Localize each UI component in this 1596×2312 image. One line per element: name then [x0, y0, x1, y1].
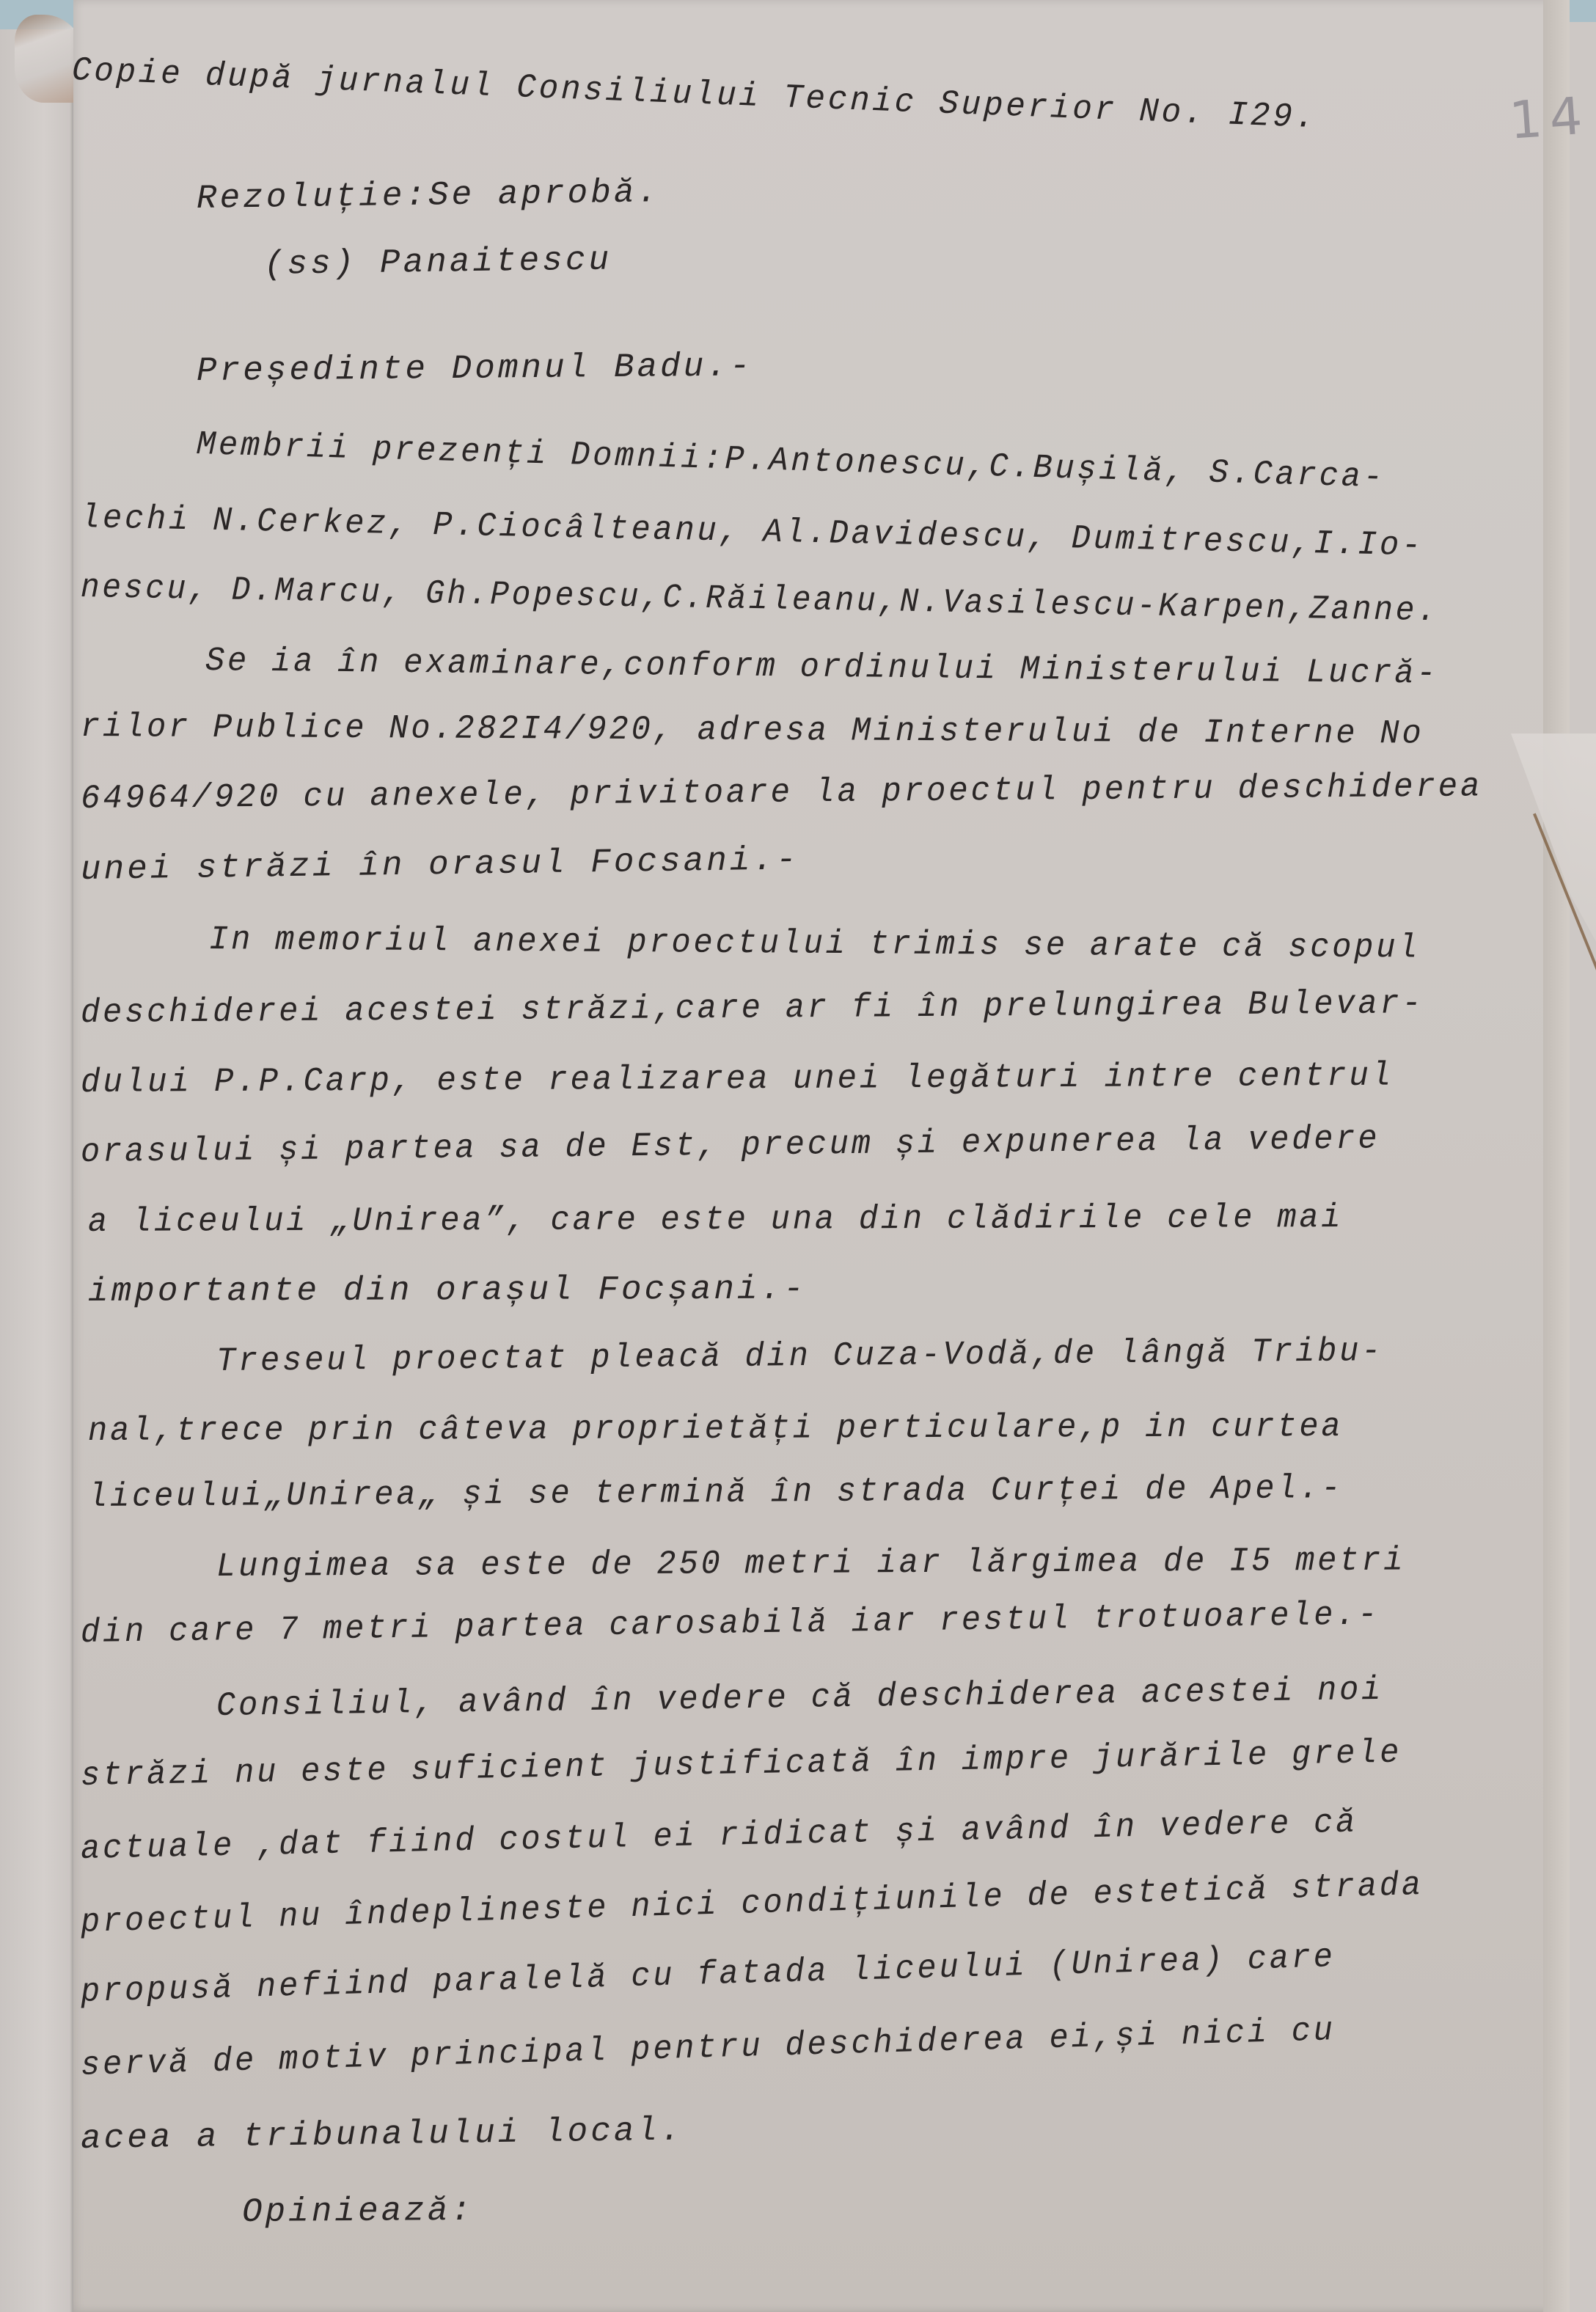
paragraph-5-line-2: străzi nu este suficient justificată în …: [81, 1734, 1402, 1795]
paragraph-5-line-7: acea a tribunalului local.: [81, 2112, 684, 2158]
typewritten-page: 14 Copie după jurnalul Consiliului Tecni…: [73, 0, 1570, 2312]
paragraph-2-line-4: orasului și partea sa de Est, precum și …: [81, 1119, 1380, 1171]
paragraph-2-line-1: In memoriul anexei proectului trimis se …: [209, 921, 1421, 967]
paragraph-4-line-1: Lungimea sa este de 250 metri iar lărgim…: [216, 1542, 1406, 1586]
paragraph-1-line-3: 64964/920 cu anexele, privitoare la proe…: [81, 767, 1483, 818]
paragraph-2-line-6: importante din orașul Focșani.-: [88, 1270, 807, 1311]
paragraph-3-line-3: liceului„Unirea„ și se termină în strada…: [88, 1469, 1344, 1516]
members-line-1: Membrii prezenți Domnii:P.Antonescu,C.Bu…: [196, 425, 1385, 497]
members-line-2: lechi N.Cerkez, P.Ciocâlteanu, Al.Davide…: [80, 499, 1424, 565]
signature-text: (ss) Panaitescu: [264, 241, 612, 284]
paragraph-5-line-6: servă de motiv principal pentru deschide…: [80, 2011, 1336, 2085]
handwritten-folio-number: 14: [1507, 85, 1592, 150]
paragraph-1-line-1: Se ia în examinare,conform ordinului Min…: [205, 642, 1439, 693]
paragraph-2-line-3: dului P.P.Carp, este realizarea unei leg…: [81, 1057, 1394, 1102]
closing-opinion-heading: Opiniează:: [242, 2192, 474, 2231]
paragraph-2-line-5: a liceului „Unirea”, care este una din c…: [88, 1199, 1344, 1241]
paragraph-1-line-4: unei străzi în orasul Focsani.-: [81, 841, 799, 889]
resolution-text: Rezoluție:Se aprobă.: [197, 173, 661, 218]
paragraph-4-line-2: din care 7 metri partea carosabilă iar r…: [81, 1595, 1380, 1652]
document-header: Copie după jurnalul Consiliului Tecnic S…: [71, 51, 1318, 137]
president-line: Președinte Domnul Badu.-: [197, 347, 753, 390]
paragraph-5-line-3: actuale ,dat fiind costul ei ridicat și …: [80, 1804, 1358, 1868]
paragraph-1-line-2: rilor Publice No.282I4/920, adresa Minis…: [81, 708, 1424, 753]
members-line-3: nescu, D.Marcu, Gh.Popescu,C.Răileanu,N.…: [81, 568, 1439, 630]
page-edge: [1543, 0, 1570, 2312]
background-surface-right: [1567, 0, 1596, 22]
paragraph-5-line-4: proectul nu îndeplineste nici condițiuni…: [80, 1866, 1424, 1942]
paragraph-3-line-1: Treseul proectat pleacă din Cuza-Vodă,de…: [216, 1332, 1384, 1380]
paragraph-5-line-1: Consiliul, având în vedere că deschidere…: [216, 1671, 1384, 1725]
paragraph-5-line-5: propusă nefiind paralelă cu fatada liceu…: [80, 1938, 1336, 2011]
paragraph-3-line-2: nal,trece prin câteva proprietăți pertic…: [88, 1408, 1344, 1450]
photographed-document-scene: 14 Copie după jurnalul Consiliului Tecni…: [0, 0, 1596, 2312]
paragraph-2-line-2: deschiderei acestei străzi,care ar fi în…: [81, 984, 1424, 1032]
